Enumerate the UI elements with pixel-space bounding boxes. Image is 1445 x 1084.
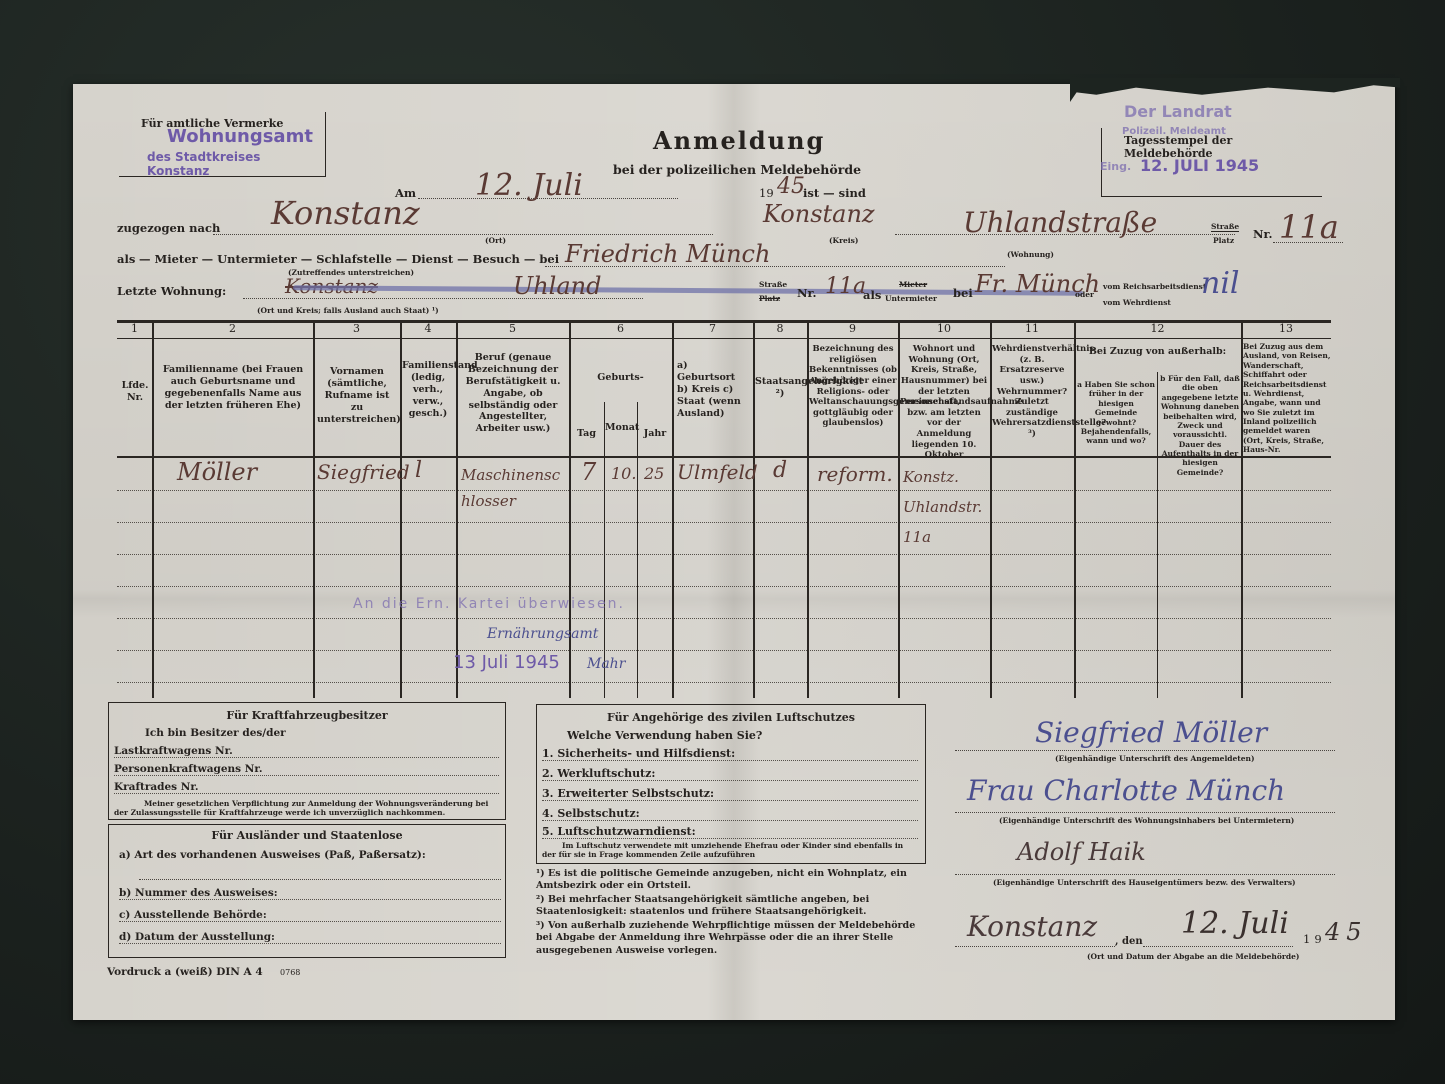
cell-geburtsort: Ulmfeld xyxy=(677,460,758,484)
header-zuzug-a: a Haben Sie schon früher in der hiesigen… xyxy=(1077,380,1155,446)
kfz-field-lkw[interactable]: Lastkraftwagens Nr. xyxy=(114,745,499,758)
letzte-caption: (Ort und Kreis; falls Ausland auch Staat… xyxy=(257,306,439,315)
signature-tenant-holder-caption: (Eigenhändige Unterschrift des Wohnungsi… xyxy=(999,816,1294,825)
col-divider xyxy=(672,320,674,698)
col-number-3: 3 xyxy=(313,322,400,335)
kfz-note: Meiner gesetzlichen Verpflichtung zur An… xyxy=(114,799,499,817)
wohnungsamt-stamp: Wohnungsamt xyxy=(167,126,313,147)
row-line-3 xyxy=(117,554,1331,555)
col-number-8: 8 xyxy=(753,322,807,335)
col-divider xyxy=(637,402,638,698)
header-familienname: Familienname (bei Frauen auch Geburtsnam… xyxy=(161,364,305,412)
foreigner-box: Für Ausländer und Staatenlose a) Art des… xyxy=(108,824,506,958)
header-zuzug: Bei Zuzug von außerhalb: xyxy=(1074,346,1241,358)
cell-bekenntnis: reform. xyxy=(817,462,893,486)
signature-registrant-caption: (Eigenhändige Unterschrift des Angemelde… xyxy=(1055,754,1255,763)
form-number: 0768 xyxy=(280,968,300,977)
header-wohnort: Wohnort und Wohnung (Ort, Kreis, Straße,… xyxy=(900,344,988,461)
cell-familienstand: l xyxy=(415,458,422,483)
row-line-5 xyxy=(117,618,1331,619)
footnote-3: ³) Von außerhalb zuziehende Wehrpflichti… xyxy=(536,920,924,957)
wehrdienst-value: nil xyxy=(1201,266,1240,301)
col-number-2: 2 xyxy=(152,322,313,335)
signature-registrant: Siegfried Möller xyxy=(1035,716,1267,749)
reichsarbeitsdienst-label: vom Reichsarbeitsdienst xyxy=(1103,282,1206,291)
form-code-label: Vordruck a (weiß) DIN A 4 xyxy=(107,966,263,978)
date-line[interactable] xyxy=(1143,946,1293,947)
col-divider xyxy=(1074,320,1076,698)
col-number-13: 13 xyxy=(1241,322,1331,335)
ort-value: Konstanz xyxy=(271,194,420,232)
place-date-caption: (Ort und Datum der Abgabe an die Meldebe… xyxy=(1087,952,1299,961)
signature-registrant-line[interactable] xyxy=(955,750,1335,751)
handwritten-signature-small: Mahr xyxy=(587,656,625,672)
row-line-7 xyxy=(117,682,1331,683)
header-zuzug-b: b Für den Fall, daß die oben angegebene … xyxy=(1160,374,1240,477)
col-divider xyxy=(604,402,605,698)
page-title: Anmeldung xyxy=(653,126,825,155)
kartei-stamp: An die Ern. Kartei überwiesen. xyxy=(353,596,625,612)
col-divider xyxy=(152,320,154,698)
row-line-6 xyxy=(117,650,1331,651)
form-code: Vordruck a (weiß) DIN A 4 0768 xyxy=(107,966,300,978)
cell-beruf: Maschinenschlosser xyxy=(461,462,565,514)
cell-tag: 7 xyxy=(581,458,596,486)
letzte-wohnung-label: Letzte Wohnung: xyxy=(117,284,226,298)
footnote-1: ¹) Es ist die politische Gemeinde anzuge… xyxy=(536,868,924,893)
row-line-1 xyxy=(117,490,1331,491)
cell-wohnort: Konstz. Uhlandstr. 11a xyxy=(903,462,989,552)
page-subtitle: bei der polizeilichen Meldebehörde xyxy=(613,162,861,177)
col-number-1: 1 xyxy=(117,322,152,335)
foreigner-field-c[interactable]: c) Ausstellende Behörde: xyxy=(119,909,501,922)
kfz-title: Für Kraftfahrzeugbesitzer xyxy=(109,709,505,722)
letzte-nr-label: Nr. xyxy=(797,286,817,300)
letzte-als-label: als xyxy=(863,288,881,302)
eingang-label: Eing. xyxy=(1100,160,1131,173)
col-number-7: 7 xyxy=(672,322,753,335)
place-line[interactable] xyxy=(955,946,1115,947)
strasse-label: Straße xyxy=(1211,222,1239,232)
overwritten-date-stamp: 13 Juli 1945 xyxy=(453,652,560,673)
header-vornamen: Vornamen (sämtliche, Rufname ist zu unte… xyxy=(317,366,397,425)
ort-caption: (Ort) xyxy=(485,236,506,245)
header-jahr: Jahr xyxy=(638,428,672,440)
mieter-struck: Mieter xyxy=(899,280,927,289)
header-ausland: Bei Zuzug aus dem Ausland, von Reisen, W… xyxy=(1243,342,1331,455)
cell-vornamen: Siegfried xyxy=(317,460,410,484)
oder-label: oder xyxy=(1075,290,1094,299)
landrat-stamp: Der Landrat xyxy=(1124,102,1232,121)
air-raid-field-2[interactable]: 2. Werkluftschutz: xyxy=(542,767,918,781)
torn-corner xyxy=(1070,78,1400,102)
header-geburtsort: a) Geburtsort b) Kreis c) Staat (wenn Au… xyxy=(677,360,749,419)
air-raid-field-4[interactable]: 4. Selbstschutz: xyxy=(542,807,918,821)
header-bekenntnis: Bezeichnung des religiösen Bekenntnisses… xyxy=(809,344,897,429)
kfz-intro: Ich bin Besitzer des/der xyxy=(145,727,286,739)
signature-tenant-holder-line[interactable] xyxy=(955,812,1335,813)
signature-house-owner: Adolf Haik xyxy=(1017,838,1146,866)
cell-jahr: 25 xyxy=(644,464,664,483)
foreigner-field-b[interactable]: b) Nummer des Ausweises: xyxy=(119,887,501,900)
als-label: als xyxy=(117,252,135,266)
platz-label: Platz xyxy=(1213,236,1234,245)
ist-sind-label: ist — sind xyxy=(803,186,866,200)
col-number-4: 4 xyxy=(400,322,456,335)
kreis-value: Konstanz xyxy=(763,200,875,228)
col-divider xyxy=(456,320,458,698)
stadtkreis-stamp: des Stadtkreises Konstanz xyxy=(147,150,325,178)
header-bottom-rule xyxy=(117,456,1331,458)
row-line-4 xyxy=(117,586,1331,587)
als-options: — Mieter — Untermieter — Schlafstelle — … xyxy=(139,252,559,266)
handwritten-annotation: Ernährungsamt xyxy=(487,626,598,642)
footnote-2: ²) Bei mehrfacher Staatsangehörigkeit sä… xyxy=(536,894,924,919)
zugezogen-label: zugezogen nach xyxy=(117,221,220,235)
header-beruf: Beruf (genaue Bezeichnung der Berufstäti… xyxy=(459,352,567,435)
received-date-stamp: 12. JULI 1945 xyxy=(1140,156,1259,175)
kfz-field-krad[interactable]: Kraftrades Nr. xyxy=(114,781,499,794)
year-prefix: 19 xyxy=(759,186,774,200)
air-raid-field-3[interactable]: 3. Erweiterter Selbstschutz: xyxy=(542,787,918,801)
am-date-value: 12. Juli xyxy=(475,168,583,203)
header-monat: Monat xyxy=(605,422,637,434)
air-raid-question: Welche Verwendung haben Sie? xyxy=(567,729,762,742)
zugezogen-ort-field[interactable] xyxy=(213,234,713,235)
letzte-bei-label: bei xyxy=(953,286,973,300)
den-label: , den xyxy=(1115,936,1143,947)
footer-year-prefix: 19 xyxy=(1303,932,1326,946)
footer-year-value: 45 xyxy=(1325,918,1368,946)
cell-familienname: Möller xyxy=(177,458,257,486)
foreigner-field-a: a) Art des vorhandenen Ausweises (Paß, P… xyxy=(119,849,426,861)
cell-monat: 10. xyxy=(611,464,636,483)
signature-house-owner-caption: (Eigenhändige Unterschrift des Hauseigen… xyxy=(993,878,1296,887)
registration-form-sheet: Für amtliche Vermerke Wohnungsamt des St… xyxy=(73,84,1395,1020)
header-geburts: Geburts- xyxy=(569,372,672,384)
col-number-11: 11 xyxy=(990,322,1074,335)
year-value: 45 xyxy=(777,174,805,199)
letzte-strasse-label: Straße xyxy=(759,280,787,289)
house-number-value: 11a xyxy=(1279,208,1339,246)
kfz-owner-box: Für Kraftfahrzeugbesitzer Ich bin Besitz… xyxy=(108,702,506,820)
signature-tenant-holder: Frau Charlotte Münch xyxy=(967,774,1285,807)
registration-table: 1 2 3 4 5 6 7 8 9 10 11 12 13 Lfde. Nr. … xyxy=(117,320,1333,698)
air-raid-field-5[interactable]: 5. Luftschutzwarndienst: xyxy=(542,825,918,839)
air-raid-title: Für Angehörige des zivilen Luftschutzes xyxy=(537,711,925,724)
col-number-12: 12 xyxy=(1074,322,1241,335)
air-raid-box: Für Angehörige des zivilen Luftschutzes … xyxy=(536,704,926,864)
header-tag: Tag xyxy=(569,428,604,440)
untermieter-label: Untermieter xyxy=(885,294,937,303)
signature-house-owner-line[interactable] xyxy=(955,874,1335,875)
col-number-9: 9 xyxy=(807,322,898,335)
header-familienstand: Familienstand (ledig, verh., verw., gesc… xyxy=(402,360,454,419)
nr-label: Nr. xyxy=(1253,227,1273,241)
header-staatsangehoerigkeit: Staatsangehörigkeit ²) xyxy=(755,376,805,400)
date-stamp-box: Der Landrat Polizeil. Meldeamt Tagesstem… xyxy=(1101,128,1322,197)
foreigner-field-a-line[interactable] xyxy=(139,879,501,880)
col-number-rule xyxy=(117,338,1331,339)
header-lfde-nr: Lfde. Nr. xyxy=(119,380,151,404)
date-value: 12. Juli xyxy=(1181,906,1289,941)
bei-value: Friedrich Münch xyxy=(565,240,770,268)
col-divider xyxy=(1157,372,1158,698)
wohnung-caption: (Wohnung) xyxy=(1007,250,1054,259)
official-remarks-box: Für amtliche Vermerke Wohnungsamt des St… xyxy=(119,112,326,177)
kfz-field-pkw[interactable]: Personenkraftwagens Nr. xyxy=(114,763,499,776)
col-number-5: 5 xyxy=(456,322,569,335)
col-divider xyxy=(313,320,315,698)
house-number-field[interactable] xyxy=(1273,242,1343,243)
letzte-platz-label: Platz xyxy=(759,294,780,303)
place-value: Konstanz xyxy=(967,910,1097,943)
col-number-10: 10 xyxy=(898,322,990,335)
foreigner-field-d[interactable]: d) Datum der Ausstellung: xyxy=(119,931,501,944)
foreigner-title: Für Ausländer und Staatenlose xyxy=(109,829,505,842)
cell-staatsangehoerigkeit: d xyxy=(773,458,787,483)
wehrdienst-label: vom Wehrdienst xyxy=(1103,298,1171,307)
letzte-strasse: Uhland xyxy=(513,272,602,300)
strasse-value: Uhlandstraße xyxy=(963,206,1157,239)
air-raid-field-1[interactable]: 1. Sicherheits- und Hilfsdienst: xyxy=(542,747,918,761)
air-raid-note: Im Luftschutz verwendete mit umziehende … xyxy=(542,841,918,859)
letzte-nr-value: 11a xyxy=(825,274,866,299)
row-line-2 xyxy=(117,522,1331,523)
col-number-6: 6 xyxy=(569,322,672,335)
header-wehrdienst: Wehrdienstverhältnis (z. B. Ersatzreserv… xyxy=(992,344,1072,440)
kreis-caption: (Kreis) xyxy=(829,236,858,245)
